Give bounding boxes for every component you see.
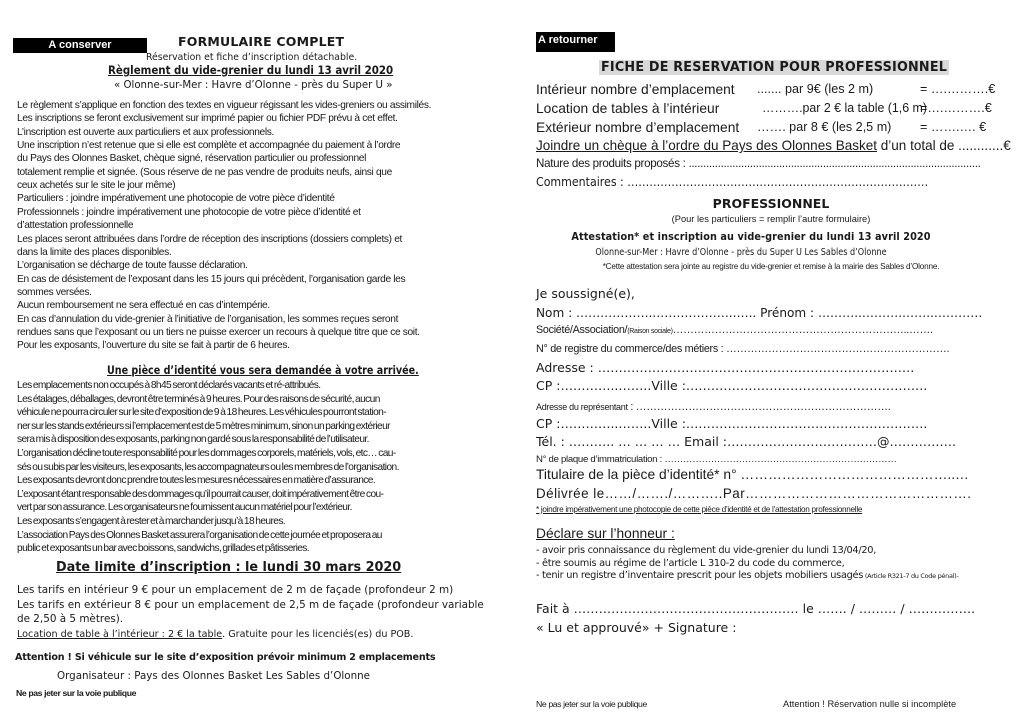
pricing-total-field[interactable]: = ….……….€: [920, 82, 995, 96]
table-rental-free: . Gratuite pour les licenciés(es) du POB…: [222, 629, 413, 640]
rule-line: Professionnels : joindre impérativement …: [17, 206, 361, 219]
rule-line: Aucun remboursement ne sera effectué en …: [17, 299, 270, 312]
rule-line: public et exposants un bar avec boissons…: [17, 542, 309, 555]
rule-line: Les inscriptions se feront exclusivement…: [17, 112, 398, 125]
products-field[interactable]: Nature des produits proposés : .........…: [536, 157, 981, 170]
vehicle-warning: Attention ! Si véhicule sur le site d’ex…: [15, 652, 435, 663]
rep-address-field[interactable]: Adresse du représentant : ………………………………………: [536, 401, 890, 413]
declaration-text: - être soumis au régime de l’article L 3…: [536, 558, 844, 569]
rule-line: ner sur les stands extérieurs si l’empla…: [17, 420, 390, 433]
issued-field[interactable]: Délivrée le……/……./………..Par………………………………………: [536, 486, 971, 501]
rule-line: du Pays des Olonnes Basket, chèque signé…: [17, 152, 366, 165]
declaration-text: - avoir pris connaissance du règlement d…: [536, 545, 876, 556]
declaration-item: - tenir un registre d’inventaire prescri…: [536, 570, 958, 581]
rule-line: véhicule ne pourra circuler sur le site …: [17, 406, 386, 419]
cheque-line: Joindre un chèque à l’ordre du Pays des …: [536, 138, 1011, 153]
rule-line: En cas de désistement de l’exposant dans…: [17, 273, 405, 286]
rule-line: ceux achetés sur le site le jour même): [17, 179, 175, 192]
company-dots: …………………………………………………………..…….: [673, 324, 933, 336]
pricing-total-field[interactable]: = …….…. €: [920, 120, 986, 134]
je-soussigne: Je soussigné(e),: [536, 286, 635, 301]
registration-deadline: Date limite d’inscription : le lundi 30 …: [56, 560, 401, 575]
address-field[interactable]: Adresse : ………………………………………………………………….: [536, 360, 914, 375]
rule-line: L’exposant étant responsable des dommage…: [17, 488, 383, 501]
footer-left-text: Ne pas jeter sur la voie publique: [536, 699, 647, 709]
form-title: FORMULAIRE COMPLET: [178, 34, 344, 49]
declaration-title: Déclare sur l’honneur :: [536, 526, 675, 541]
name-field[interactable]: Nom : ………………..………………..….. Prénom : ………..…: [536, 305, 982, 320]
pro-note: (Pour les particuliers = remplir l’autre…: [536, 214, 1006, 224]
pricing-quantity-field[interactable]: ……. par 8 € (les 2,5 m): [757, 120, 891, 134]
footer-litter-notice-right: Ne pas jeter sur la voie publique: [536, 699, 647, 709]
rule-line: Particuliers : joindre impérativement un…: [17, 192, 335, 205]
pricing-label: Intérieur nombre d’emplacement: [536, 82, 735, 97]
id-photocopy-note: * joindre impérativement une photocopie …: [536, 505, 862, 514]
form-subtitle: Réservation et fiche d’inscription détac…: [146, 52, 357, 63]
table-rental-price: Location de table à l’intérieur : 2 € la…: [17, 629, 222, 640]
company-field[interactable]: Société/Association/(Raison sociale)……………: [536, 324, 933, 336]
declaration-item: - être soumis au régime de l’article L 3…: [536, 558, 844, 569]
rule-line: En cas d’annulation du vide-grenier à l’…: [17, 313, 398, 326]
rule-line: sommes versées.: [17, 286, 92, 299]
rule-line: dans la limite des places disponibles.: [17, 246, 171, 259]
signature-field[interactable]: « Lu et approuvé» + Signature :: [536, 620, 736, 635]
plate-field[interactable]: N° de plaque d’immatriculation : ……………………: [536, 454, 897, 465]
place-date-field[interactable]: Fait à ……………………………………………… le ……. / ……… /…: [536, 601, 975, 616]
pricing-quantity-field[interactable]: ....... par 9€ (les 2 m): [757, 82, 873, 96]
rule-line: Les étalages, déballages, devront être t…: [17, 393, 380, 406]
rule-line: sés ou subis par les visiteurs, les expo…: [17, 461, 399, 474]
tariff-line: de 2,50 à 5 mètres).: [17, 613, 123, 625]
rule-line: L’organisation se décharge de toute faus…: [17, 259, 248, 272]
declaration-item: - avoir pris connaissance du règlement d…: [536, 545, 876, 556]
rule-line: L’inscription est ouverte aux particulie…: [17, 126, 274, 139]
rule-line: L’association Pays des Olonnes Basket as…: [17, 529, 382, 542]
rule-line: rendues sans que l’exposant ou un tiers …: [17, 326, 420, 339]
rules-title: Règlement du vide-grenier du lundi 13 av…: [108, 64, 393, 77]
tariff-line: Les tarifs en extérieur 8 € pour un empl…: [17, 599, 484, 611]
footer-litter-notice: Ne pas jeter sur la voie publique: [16, 688, 136, 698]
rule-line: d’attestation professionnelle: [17, 219, 133, 232]
attestation-location: Olonne-sur-Mer : Havre d’Olonne - près d…: [536, 247, 946, 258]
attestation-note: *Cette attestation sera jointe au regist…: [536, 262, 1006, 271]
declaration-text: - tenir un registre d’inventaire prescri…: [536, 570, 863, 581]
rule-line: totalement remplie et signée. (Sous rése…: [17, 166, 392, 179]
rep-address-label: Adresse du représentant: [536, 402, 628, 412]
comments-field[interactable]: Commentaires : ……………………………………………………………………: [536, 174, 928, 189]
event-location: « Olonne-sur-Mer : Havre d’Olonne - près…: [114, 80, 392, 91]
rep-address-dots: : ……………………………………………………………….: [628, 401, 891, 413]
id-notice: Une pièce d’identité vous sera demandée …: [107, 364, 419, 377]
cheque-total-field[interactable]: d’un total de ............€: [877, 138, 1011, 153]
table-rental-line: Location de table à l’intérieur : 2 € la…: [17, 629, 413, 640]
registry-field[interactable]: N° de registre du commerce/des métiers :…: [536, 343, 949, 355]
tariff-line: Les tarifs en intérieur 9 € pour un empl…: [17, 584, 453, 596]
rule-line: Les places seront attribuées dans l’ordr…: [17, 233, 402, 246]
rule-line: Les emplacements non occupés à 8h45 sero…: [17, 379, 320, 392]
phone-email-field[interactable]: Tél. : ……….. … … … … Email :…………………………………: [536, 434, 956, 449]
company-sublabel: (Raison sociale): [627, 328, 672, 335]
company-label: Société/Association/: [536, 324, 627, 336]
rule-line: Les exposants s’engagent à rester et à m…: [17, 515, 285, 528]
organizer: Organisateur : Pays des Olonnes Basket L…: [57, 670, 370, 682]
rule-line: sera mis à disposition des exposants, pa…: [17, 433, 369, 446]
pricing-total-field[interactable]: =….……….€: [920, 101, 992, 115]
pricing-quantity-field[interactable]: ……….par 2 € la table (1,6 m): [762, 101, 927, 115]
return-label: A retourner: [536, 32, 615, 52]
rule-line: Les exposants devront donc prendre toute…: [17, 474, 375, 487]
rule-line: L’organisation décline toute responsabil…: [17, 447, 396, 460]
rep-postcode-city-field[interactable]: CP :…………..……..Ville :……………………………………………………: [536, 416, 927, 431]
reservation-title: FICHE DE RESERVATION POUR PROFESSIONNEL: [599, 60, 949, 75]
cheque-instruction: Joindre un chèque à l’ordre du Pays des …: [536, 138, 877, 153]
incomplete-warning: Attention ! Réservation nulle si incompl…: [783, 699, 956, 709]
keep-label: A conserver: [13, 38, 147, 53]
rule-line: Pour les exposants, l’ouverture du site …: [17, 339, 290, 352]
pricing-label: Extérieur nombre d’emplacement: [536, 120, 739, 135]
pro-title: PROFESSIONNEL: [536, 196, 1006, 211]
rule-line: Une inscription n’est retenue que si ell…: [17, 139, 400, 152]
declaration-article: (Article R321-7 du Code pénal)-: [863, 572, 958, 580]
pricing-label: Location de tables à l’intérieur: [536, 101, 719, 116]
rule-line: vert par son assurance. Les organisateur…: [17, 501, 352, 514]
postcode-city-field[interactable]: CP :…………..……..Ville :……………………………………………………: [536, 378, 927, 393]
rule-line: Le règlement s’applique en fonction des …: [17, 99, 431, 112]
id-holder-field[interactable]: Titulaire de la pièce d’identité* n° …………: [536, 467, 969, 482]
attestation-title: Attestation* et inscription au vide-gren…: [536, 231, 966, 243]
